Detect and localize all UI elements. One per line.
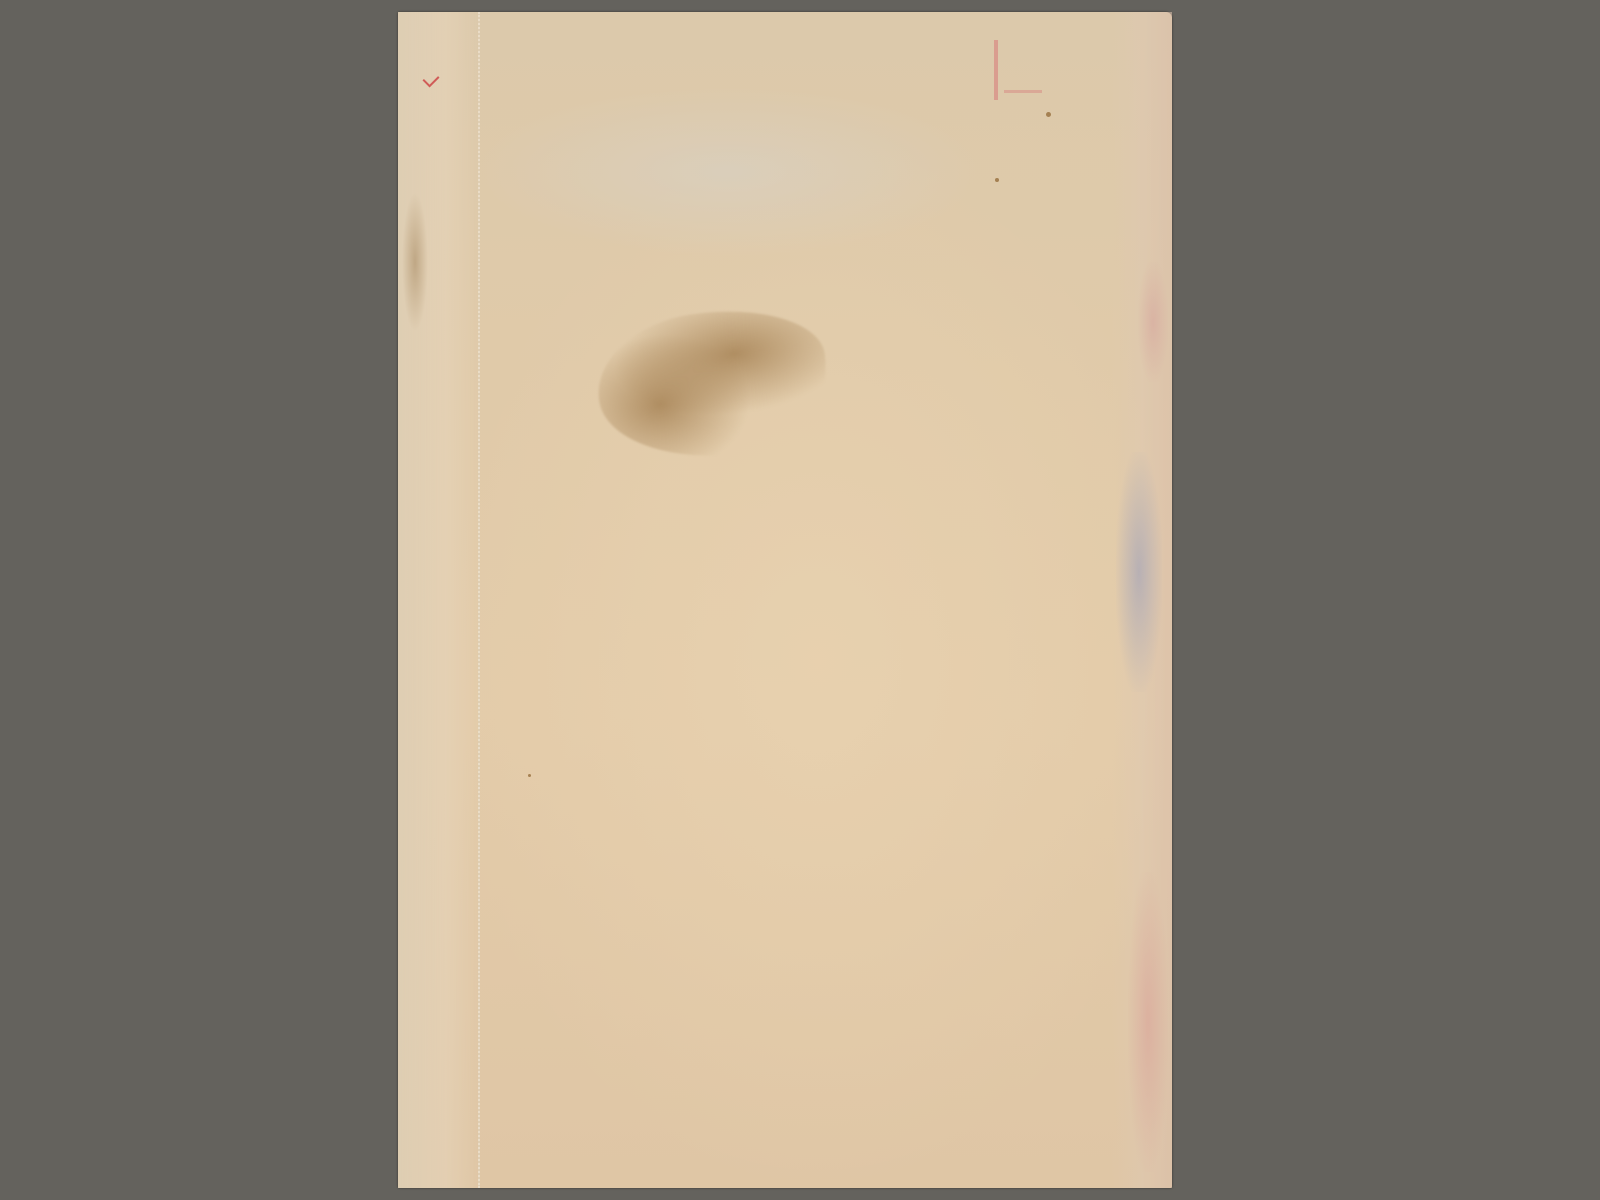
left-edge-foxing: [402, 192, 428, 332]
foxing-speck: [528, 774, 531, 777]
pink-ink-bleed-top: [1138, 262, 1168, 382]
red-vertical-stroke: [994, 40, 998, 100]
foxing-speck: [1046, 112, 1051, 117]
left-margin-water-stain: [398, 12, 480, 1188]
paper-sheet: [398, 12, 1172, 1188]
red-corner-mark: [994, 40, 1044, 110]
blue-ink-bleed: [1116, 452, 1162, 692]
red-horizontal-stroke: [1004, 90, 1042, 93]
pink-ink-bleed-bottom: [1128, 872, 1168, 1172]
brown-stain: [589, 297, 837, 473]
foxing-speck: [995, 178, 999, 182]
